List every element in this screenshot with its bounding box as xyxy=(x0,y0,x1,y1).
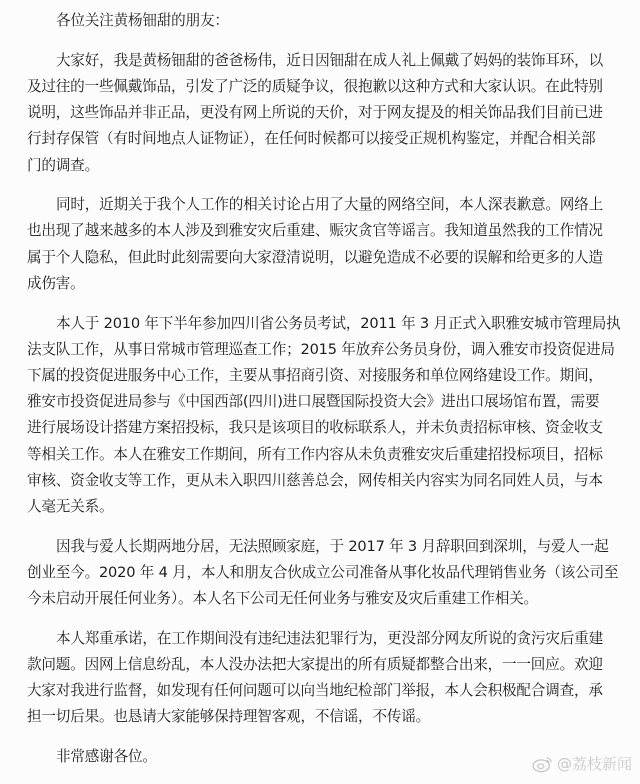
text-line: 大家对我进行监督，如发现有任何问题可以向当地纪检部门举报，本人会积极配合调查，承 xyxy=(27,678,617,704)
salutation-text: 各位关注黄杨钿甜的朋友： xyxy=(27,8,617,34)
salutation: 各位关注黄杨钿甜的朋友： xyxy=(27,8,617,34)
text-line: 款问题。因网上信息纷乱，本人没办法把大家提出的所有质疑都整合出来，一一回应。欢迎 xyxy=(27,652,617,678)
text-line: 审核、资金收支等工作，更从未入职四川慈善总会，网传相关内容实为同名同姓人员，与本 xyxy=(27,468,617,494)
paragraph-earrings: 大家好，我是黄杨钿甜的爸爸杨伟，近日因钿甜在成人礼上佩戴了妈妈的装饰耳环，以 及… xyxy=(27,48,617,179)
paragraph-commitment: 本人郑重承诺，在工作期间没有违纪违法犯罪行为，更没部分网友所说的贪污灾后重建 款… xyxy=(27,626,617,731)
text-line: 门的调查。 xyxy=(27,153,617,179)
text-line: 本人郑重承诺，在工作期间没有违纪违法犯罪行为，更没部分网友所说的贪污灾后重建 xyxy=(27,626,617,652)
text-line: 也出现了越来越多的本人涉及到雅安灾后重建、赈灾贪官等谣言。我知道虽然我的工作情况 xyxy=(27,218,617,244)
text-line: 雅安市投资促进局参与《中国西部(四川)进口展暨国际投资大会》进出口展场馆布置，需… xyxy=(27,389,617,415)
text-line: 同时，近期关于我个人工作的相关讨论占用了大量的网络空间，本人深表歉意。网络上 xyxy=(27,192,617,218)
paragraph-business: 因我与爱人长期两地分居，无法照顾家庭，于 2017 年 3 月辞职回到深圳，与爱… xyxy=(27,534,617,613)
watermark: @荔枝新闻 xyxy=(532,753,632,774)
paragraph-closing: 非常感谢各位。 xyxy=(27,744,617,770)
text-line: 人毫无关系。 xyxy=(27,494,617,520)
watermark-text: @荔枝新闻 xyxy=(557,753,632,774)
text-line: 非常感谢各位。 xyxy=(27,744,617,770)
text-line: 行封存保管（有时间地点人证物证），在任何时候都可以接受正规机构鉴定，并配合相关部 xyxy=(27,126,617,152)
text-line: 属于个人隐私，但此时此刻需要向大家澄清说明，以避免造成不必要的误解和给更多的人造 xyxy=(27,245,617,271)
text-line: 进行展场设计搭建方案招投标，我只是该项目的收标联系人，并未负责招标审核、资金收支 xyxy=(27,415,617,441)
text-line: 说明，这些饰品并非正品，更没有网上所说的天价，对于网友提及的相关饰品我们目前已进 xyxy=(27,100,617,126)
paragraph-career: 本人于 2010 年下半年参加四川省公务员考试，2011 年 3 月正式入职雅安… xyxy=(27,311,617,521)
weibo-icon xyxy=(532,755,554,773)
text-line: 及过往的一些佩戴饰品，引发了广泛的质疑争议，很抱歉以这种方式和大家认识。在此特别 xyxy=(27,74,617,100)
text-line: 创业至今。2020 年 4 月，本人和朋友合伙成立公司准备从事化妆品代理销售业务… xyxy=(27,560,617,586)
text-line: 担一切后果。也恳请大家能够保持理智客观，不信谣，不传谣。 xyxy=(27,704,617,730)
text-line: 因我与爱人长期两地分居，无法照顾家庭，于 2017 年 3 月辞职回到深圳，与爱… xyxy=(27,534,617,560)
text-line: 大家好，我是黄杨钿甜的爸爸杨伟，近日因钿甜在成人礼上佩戴了妈妈的装饰耳环，以 xyxy=(27,48,617,74)
text-line: 成伤害。 xyxy=(27,271,617,297)
text-line: 等相关工作。本人在雅安工作期间，所有工作内容从未负责雅安灾后重建招投标项目，招标 xyxy=(27,442,617,468)
text-line: 下属的投资促进服务中心工作，主要从事招商引资、对接服务和单位网络建设工作。期间， xyxy=(27,363,617,389)
statement-document: 各位关注黄杨钿甜的朋友： 大家好，我是黄杨钿甜的爸爸杨伟，近日因钿甜在成人礼上佩… xyxy=(27,8,617,784)
paragraph-apology: 同时，近期关于我个人工作的相关讨论占用了大量的网络空间，本人深表歉意。网络上 也… xyxy=(27,192,617,297)
text-line: 本人于 2010 年下半年参加四川省公务员考试，2011 年 3 月正式入职雅安… xyxy=(27,311,617,337)
text-line: 今未启动开展任何业务）。本人名下公司无任何业务与雅安及灾后重建工作相关。 xyxy=(27,586,617,612)
text-line: 法支队工作，从事日常城市管理巡查工作；2015 年放弃公务员身份，调入雅安市投资… xyxy=(27,337,617,363)
